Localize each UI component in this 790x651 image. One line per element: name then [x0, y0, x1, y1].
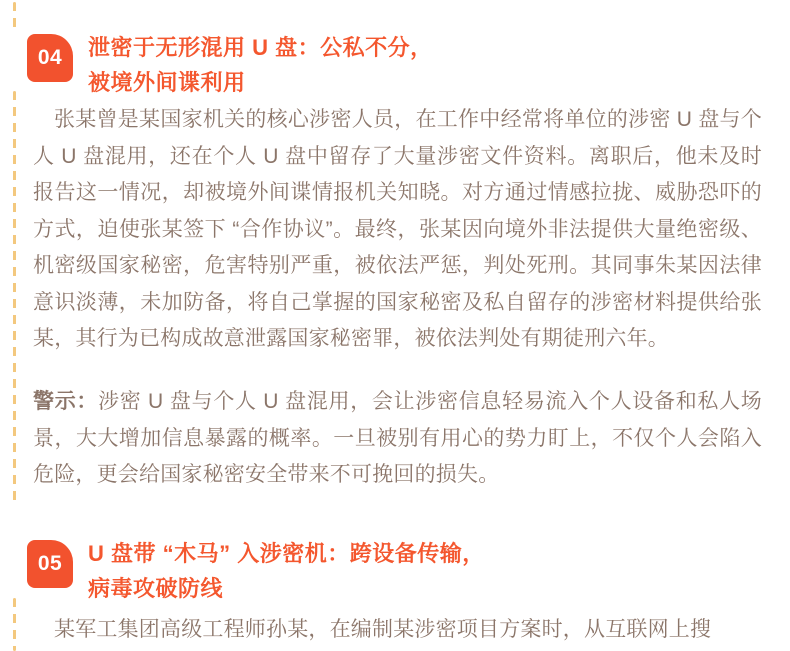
section-number-text: 04: [38, 46, 62, 70]
left-dashed-divider-bottom: [13, 598, 16, 651]
left-dashed-divider-top: [13, 2, 16, 30]
section-title-04: 泄密于无形混用 U 盘：公私不分， 被境外间谍利用: [88, 30, 760, 100]
section-04-warning-paragraph: 警示：涉密 U 盘与个人 U 盘混用，会让涉密信息轻易流入个人设备和私人场景，大…: [33, 384, 762, 494]
section-title-line1: 泄密于无形混用 U 盘：公私不分，: [88, 30, 760, 65]
section-number-text: 05: [38, 552, 62, 576]
article-page: 04 泄密于无形混用 U 盘：公私不分， 被境外间谍利用 张某曾是某国家机关的核…: [0, 0, 790, 651]
section-title-line1: U 盘带 “木马” 入涉密机：跨设备传输，: [88, 536, 760, 571]
section-number-badge-05: 05: [27, 540, 73, 588]
section-title-05: U 盘带 “木马” 入涉密机：跨设备传输， 病毒攻破防线: [88, 536, 760, 606]
section-title-line2: 被境外间谍利用: [88, 65, 760, 100]
warning-label: 警示：: [33, 390, 98, 413]
warning-text: 涉密 U 盘与个人 U 盘混用，会让涉密信息轻易流入个人设备和私人场景，大大增加…: [33, 390, 762, 486]
section-05-case-paragraph: 某军工集团高级工程师孙某，在编制某涉密项目方案时，从互联网上搜: [33, 612, 762, 649]
section-04-case-paragraph: 张某曾是某国家机关的核心涉密人员，在工作中经常将单位的涉密 U 盘与个人 U 盘…: [33, 102, 762, 358]
left-dashed-divider-middle: [13, 91, 16, 506]
section-number-badge-04: 04: [27, 34, 73, 82]
section-title-line2: 病毒攻破防线: [88, 571, 760, 606]
